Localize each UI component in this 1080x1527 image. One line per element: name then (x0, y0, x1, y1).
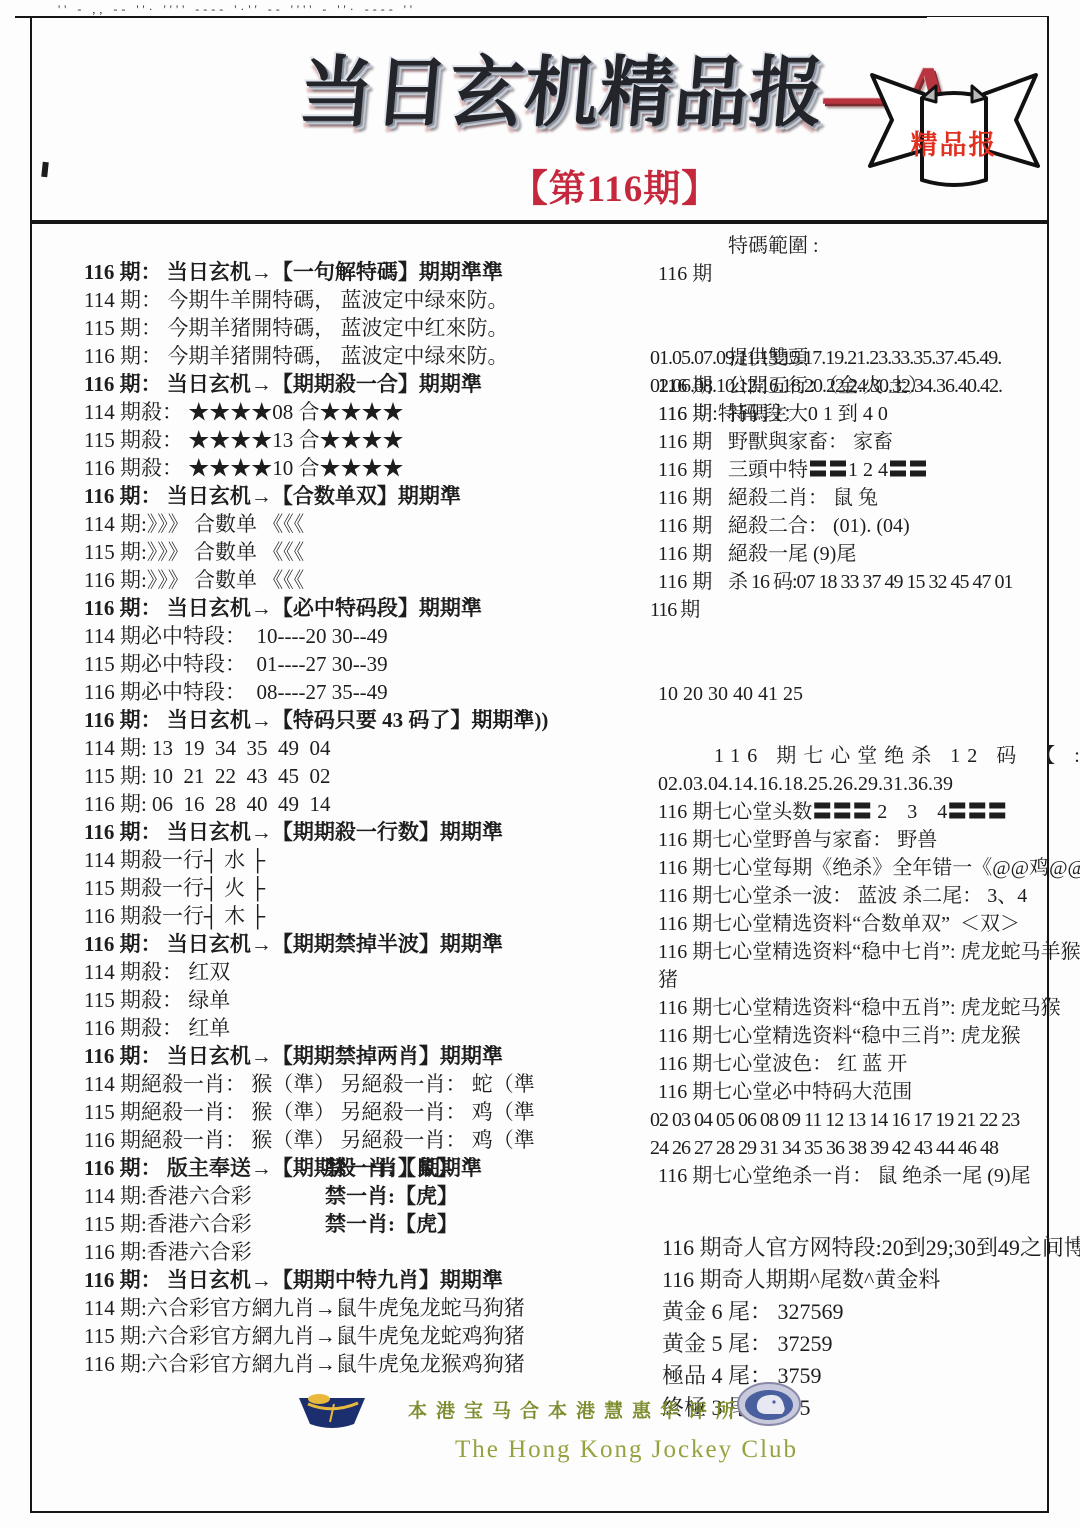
report-row: 115 期:香港六合彩 禁一肖:【虎】 (42, 1182, 614, 1210)
report-row: 115 期: 10 21 22 43 45 02 (42, 734, 614, 762)
footer-english-text: The Hong Kong Jockey Club (455, 1436, 798, 1464)
scroll-ribbon-icon: 精品报 (862, 62, 1046, 194)
report-row: 116 期： 当日玄机→【期期殺一行数】期期準 (42, 790, 614, 818)
report-row: 116 期奇人官方网特段:20到29;30到49之间博特！！ (618, 1136, 1046, 1168)
report-row: 116 期七心堂每期《绝杀》全年错一《@@鸡@@》 (618, 770, 1046, 798)
report-row: 116 期 公開五行：（金.火.土） (618, 372, 1046, 400)
report-row: 116 期 絕殺二合： (01). (04) (618, 512, 1046, 540)
report-row: 116 期： 当日玄机→【期期中特九肖】期期準 (42, 1238, 614, 1266)
row-label: 特碼主大 (728, 400, 808, 428)
report-row: 116 期七心堂头数〓〓〓 2 3 4〓〓〓 (618, 714, 1046, 742)
cropped-text-artifact: '' - ,, -- ''· '''' ---- '·'' -- '''' - … (58, 2, 918, 15)
report-row: 116 期七心堂精选资料“稳中五肖”: 虎龙蛇马猴 (618, 910, 1046, 938)
report-row: 116 期七心堂精选资料“稳中七肖”: 虎龙蛇马羊猴 (618, 854, 1046, 882)
report-row: 114 期殺一行┤ 水 ├ (42, 818, 614, 846)
jockey-club-logo-icon (296, 1390, 368, 1432)
report-row: 114 期:》》》 合數单 《《《 (42, 482, 614, 510)
footer-chinese-text: 本港宝马合本港慧惠华评所 (408, 1396, 744, 1423)
row-text-right: 禁一肖:【虎】 (325, 1182, 458, 1210)
report-row: 116 期殺： 红单 (42, 986, 614, 1014)
report-row: 116 期： 当日玄机→【期期禁掉半波】期期準 (42, 902, 614, 930)
report-row: 116 期七心堂绝杀 12 码 【 : (618, 658, 1046, 686)
report-row: 02.03.04.14.16.18.25.26.29.31.36.39 (618, 686, 1046, 714)
report-row: 114 期:六合彩官方網九肖→鼠牛虎兔龙蛇马狗猪 (42, 1266, 614, 1294)
report-row: 115 期:》》》 合數单 《《《 (42, 510, 614, 538)
report-row: 10 20 30 40 41 25 (618, 596, 1046, 624)
report-row: 116 期七心堂野兽与家畜： 野兽 (618, 742, 1046, 770)
report-row: 116 期:特码 段： 0 1 到 4 0 (618, 316, 1046, 344)
report-row: 116 期 特碼主大 (618, 400, 1046, 428)
row-text: 116 期:六合彩官方網九肖→鼠牛虎兔龙猴鸡狗猪 (84, 1352, 525, 1376)
report-row: 116 期： 当日玄机→【期期禁掉两肖】期期準 (42, 1014, 614, 1042)
report-row: 116 期： 当日玄机→【特码只要 43 码了】期期準)) (42, 678, 614, 706)
report-row: 24 26 27 28 29 31 34 35 36 38 39 42 43 4… (618, 1050, 1046, 1078)
badge-label: 精品报 (911, 129, 998, 160)
report-row: 116 期： 当日玄机→【必中特码段】期期準 (42, 566, 614, 594)
report-row: 116 期 杀 16 码:07 18 33 37 49 15 32 45 47 … (618, 568, 1046, 596)
report-row: 116 期： 版主奉送→【期期殺一肖】期期準 (42, 1126, 614, 1154)
report-row: 116 期絕殺一肖： 猴（準） 另絕殺一肖： 鸡（準 (42, 1098, 614, 1126)
left-column: 116 期： 当日玄机→【一句解特碼】期期準準 114 期： 今期牛羊開特碼， … (42, 230, 614, 1350)
row-text-right: 禁一肖:【鼠】 (325, 1154, 458, 1182)
report-row: 115 期殺： ★★★★13 合★★★★ (42, 398, 614, 426)
report-row: 116 期必中特段： 08----27 35--49 (42, 650, 614, 678)
report-row: 01.05.07.09.11.13.15.17.19.21.23.33.35.3… (618, 260, 1046, 288)
right-column: 116 期 特碼範圍 : 01.05.07.09.11.13.15.17.19.… (618, 232, 1046, 1328)
report-row: 終極 3 尾： 375 (618, 1296, 1046, 1328)
report-row: 116 期 三頭中特〓〓1 2 4〓〓 (618, 456, 1046, 484)
report-row: 116 期： 当日玄机→【期期殺一合】期期準 (42, 342, 614, 370)
report-row: 114 期:香港六合彩 禁一肖:【鼠】 (42, 1154, 614, 1182)
row-label: 公開五行：（金.火.土） (728, 372, 928, 400)
report-row: 116 期： 今期羊猪開特碼， 蓝波定中绿來防。 (42, 314, 614, 342)
report-row: 114 期: 13 19 34 35 49 04 (42, 706, 614, 734)
row-text-right: 禁一肖:【虎】 (325, 1210, 458, 1238)
report-row: 黄金 6 尾： 327569 (618, 1200, 1046, 1232)
report-row: 116 期奇人期期^尾数^黄金料 (618, 1168, 1046, 1200)
report-row: 02.06.08.10.12.16.18.20.22.24.30.32.34.3… (618, 288, 1046, 316)
masthead-title: 当日玄机精品报—A (295, 32, 905, 142)
report-row: 116 期七心堂绝杀一肖： 鼠 绝杀一尾 (9)尾 (618, 1078, 1046, 1106)
masthead-title-text: 当日玄机精品报 (296, 52, 828, 137)
report-row: 115 期必中特段： 01----27 30--39 (42, 622, 614, 650)
report-row: 115 期殺： 绿单 (42, 958, 614, 986)
jockey-club-emblem-icon (736, 1382, 802, 1428)
row-label: 野獸與家畜： 家畜 (728, 428, 893, 456)
row-text: 黄金 5 尾： 37259 (662, 1331, 833, 1356)
report-row: 115 期： 今期羊猪開特碼， 蓝波定中红來防。 (42, 286, 614, 314)
report-row: 116 期： 当日玄机→【一句解特碼】期期準準 (42, 230, 614, 258)
row-label: 特碼範圍 : (728, 232, 819, 260)
scanned-lottery-sheet: '' - ,, -- ''· '''' ---- '·'' -- '''' - … (0, 0, 1080, 1527)
report-row: 116 期殺： ★★★★10 合★★★★ (42, 426, 614, 454)
report-row: 116 期七心堂精选资料“合数单双” ＜双＞ (618, 826, 1046, 854)
report-row: 116 期： 当日玄机→【合数单双】期期準 (42, 454, 614, 482)
row-label: 絕殺二肖： 鼠 兔 (728, 484, 878, 512)
report-row: 116 期七心堂精选资料“稳中三肖”: 虎龙猴 (618, 938, 1046, 966)
row-label: 杀 16 码:07 18 33 37 49 15 32 45 47 01 (728, 568, 1013, 596)
row-label: 提供雙頭 (728, 344, 808, 372)
report-row: 116 期 提供雙頭 (618, 344, 1046, 372)
report-row: 116 期殺一行┤ 木 ├ (42, 874, 614, 902)
report-row: 116 期 絕殺一尾 (9)尾 (618, 540, 1046, 568)
report-row: 114 期絕殺一肖： 猴（準） 另絕殺一肖： 蛇（準 (42, 1042, 614, 1070)
report-row: 114 期殺： 红双 (42, 930, 614, 958)
report-row: 116 期七心堂波色： 红 蓝 开 (618, 966, 1046, 994)
row-label: 三頭中特〓〓1 2 4〓〓 (728, 456, 928, 484)
report-row: 116 期:香港六合彩 禁一肖:【虎】 (42, 1210, 614, 1238)
report-row: 115 期殺一行┤ 火 ├ (42, 846, 614, 874)
report-row: 116 期: 06 16 28 40 49 14 (42, 762, 614, 790)
report-row: 115 期:六合彩官方網九肖→鼠牛虎兔龙蛇鸡狗猪 (42, 1294, 614, 1322)
report-row: 116 期 絕殺二肖： 鼠 兔 (618, 484, 1046, 512)
report-row: 116 期 野獸與家畜： 家畜 (618, 428, 1046, 456)
report-row: 極品 4 尾： 3759 (618, 1264, 1046, 1296)
report-row: 114 期殺： ★★★★08 合★★★★ (42, 370, 614, 398)
report-row: 116 期 特碼範圍 : (618, 232, 1046, 260)
issue-number: 【第116期】 (505, 158, 725, 212)
header-divider (30, 220, 1047, 224)
row-label: 絕殺一尾 (9)尾 (728, 540, 856, 568)
report-row: 114 期必中特段： 10----20 30--49 (42, 594, 614, 622)
row-label: 絕殺二合： (01). (04) (728, 512, 910, 540)
report-row: 114 期： 今期牛羊開特碼， 蓝波定中绿來防。 (42, 258, 614, 286)
report-row: 116 期七心堂杀一波： 蓝波 杀二尾： 3、4 (618, 798, 1046, 826)
report-row: 115 期絕殺一肖： 猴（準） 另絕殺一肖： 鸡（準 (42, 1070, 614, 1098)
report-row: 116 期:六合彩官方網九肖→鼠牛虎兔龙猴鸡狗猪 (42, 1322, 614, 1350)
report-row: 猪 (618, 882, 1046, 910)
report-row: 116 期七心堂必中特码大范围 (618, 994, 1046, 1022)
report-row: 02 03 04 05 06 08 09 11 12 13 14 16 17 1… (618, 1022, 1046, 1050)
report-row: 黄金 5 尾： 37259 (618, 1232, 1046, 1264)
row-text: 02 03 04 05 06 08 09 11 12 13 14 16 17 1… (650, 1109, 1019, 1131)
report-row: 116 期:》》》 合數单 《《《 (42, 538, 614, 566)
